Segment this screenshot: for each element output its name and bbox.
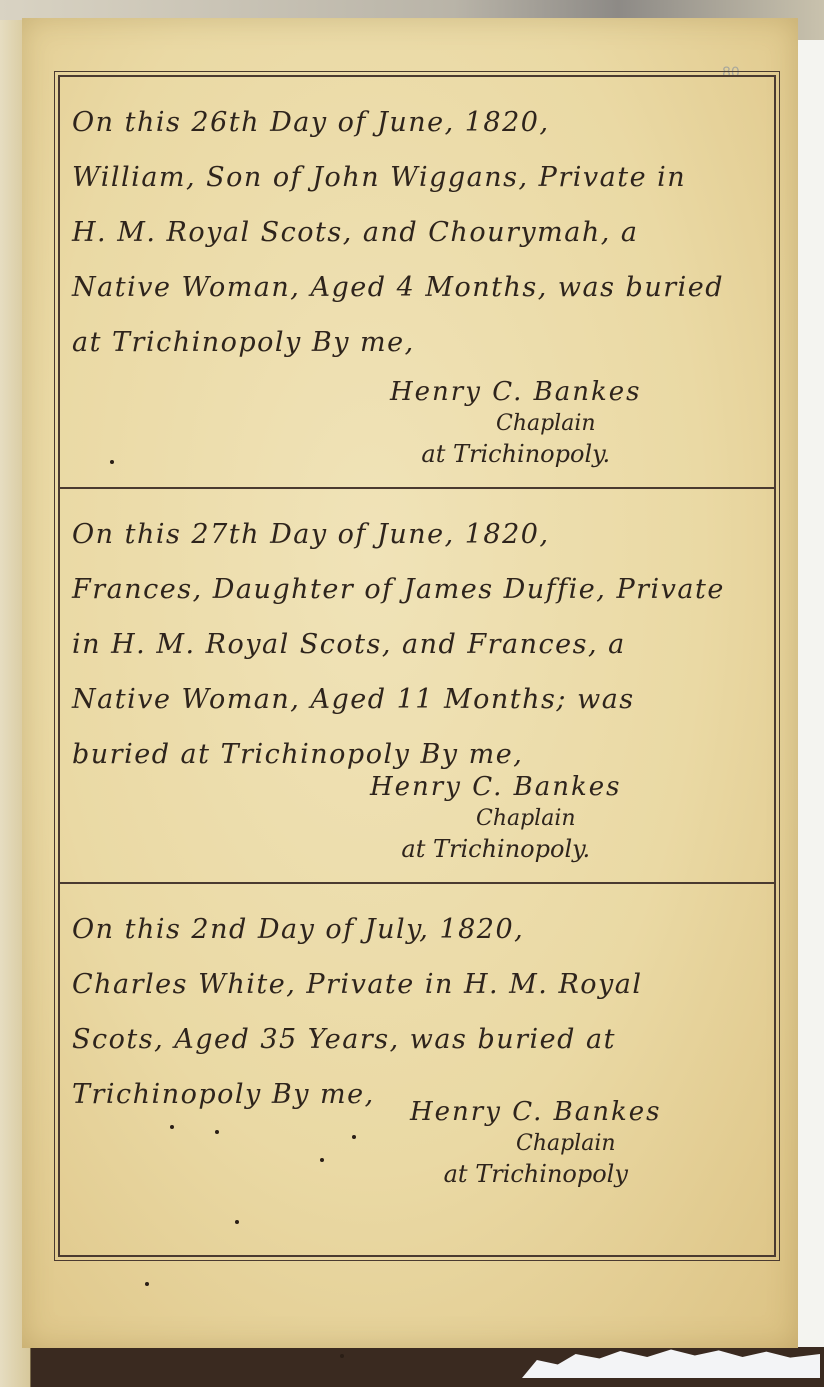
signature-place: at Trichinopoly (410, 1160, 662, 1188)
signature-name: Henry C. Bankes (410, 1097, 662, 1127)
background-white-surface (794, 40, 824, 1387)
signature-title: Chaplain (430, 806, 622, 831)
ink-speck (352, 1135, 356, 1139)
signature-title: Chaplain (470, 1131, 662, 1156)
signature-title: Chaplain (450, 411, 642, 436)
entry-text: On this 26th Day of June, 1820, William,… (72, 95, 762, 370)
entry-line: at Trichinopoly By me, (72, 315, 762, 370)
ink-speck (320, 1158, 324, 1162)
entry-line: On this 26th Day of June, 1820, (72, 95, 762, 150)
burial-entry-2: On this 27th Day of June, 1820, Frances,… (60, 489, 774, 782)
signature-block-3: Henry C. Bankes Chaplain at Trichinopoly (410, 1097, 662, 1188)
entry-line: in H. M. Royal Scots, and Frances, a (72, 617, 762, 672)
entry-line: William, Son of John Wiggans, Private in (72, 150, 762, 205)
entry-line: Scots, Aged 35 Years, was buried at (72, 1012, 762, 1067)
signature-name: Henry C. Bankes (390, 377, 642, 407)
entry-text: On this 27th Day of June, 1820, Frances,… (72, 507, 762, 782)
entry-line: Frances, Daughter of James Duffie, Priva… (72, 562, 762, 617)
signature-block-1: Henry C. Bankes Chaplain at Trichinopoly… (390, 377, 642, 468)
signature-name: Henry C. Bankes (370, 772, 622, 802)
ink-speck (215, 1130, 219, 1134)
burial-entry-1: On this 26th Day of June, 1820, William,… (60, 77, 774, 370)
ink-speck (170, 1125, 174, 1129)
entry-text: On this 2nd Day of July, 1820, Charles W… (72, 902, 762, 1122)
signature-block-2: Henry C. Bankes Chaplain at Trichinopoly… (370, 772, 622, 863)
entry-line: On this 27th Day of June, 1820, (72, 507, 762, 562)
entry-line: Native Woman, Aged 4 Months, was buried (72, 260, 762, 315)
ink-speck (145, 1282, 149, 1286)
ink-speck (340, 1354, 344, 1358)
signature-place: at Trichinopoly. (370, 835, 622, 863)
entry-line: Charles White, Private in H. M. Royal (72, 957, 762, 1012)
burial-entry-3: On this 2nd Day of July, 1820, Charles W… (60, 884, 774, 1122)
entry-line: On this 2nd Day of July, 1820, (72, 902, 762, 957)
register-frame: On this 26th Day of June, 1820, William,… (58, 75, 776, 1257)
ink-speck (235, 1220, 239, 1224)
signature-place: at Trichinopoly. (390, 440, 642, 468)
entry-line: H. M. Royal Scots, and Chourymah, a (72, 205, 762, 260)
ink-speck (110, 460, 114, 464)
entry-line: Native Woman, Aged 11 Months; was (72, 672, 762, 727)
